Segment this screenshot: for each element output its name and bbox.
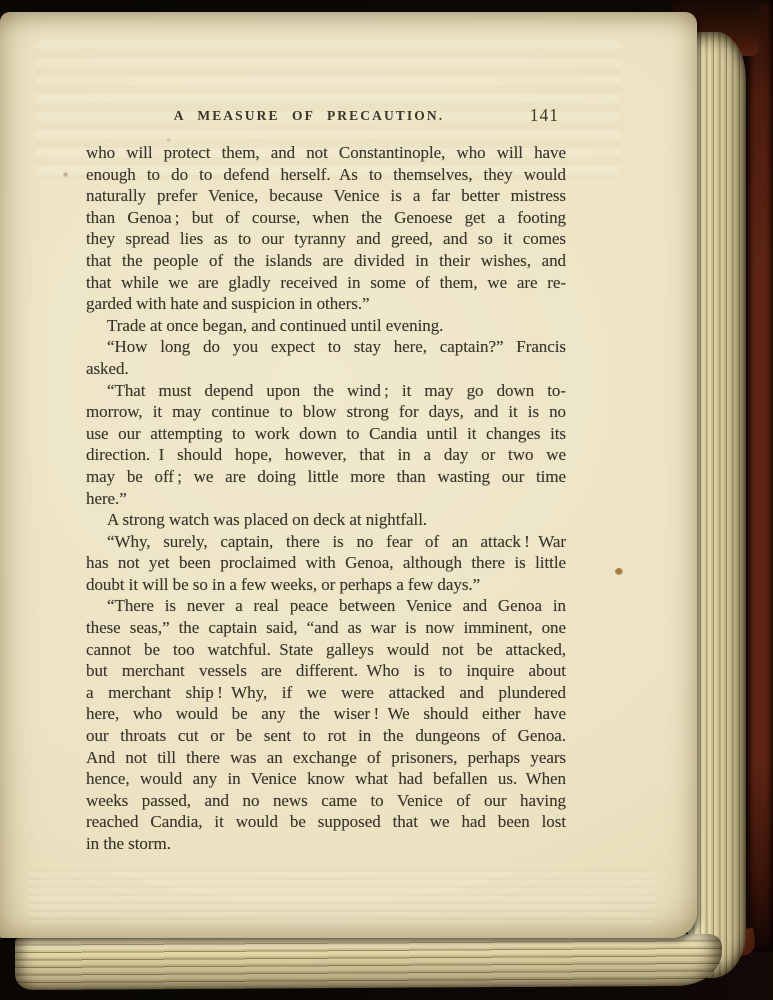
text-line: than Genoa ; but of course, when the Gen… [86, 207, 566, 229]
foxing-spot [63, 172, 68, 177]
paragraph: who will protect them, and not Constanti… [86, 142, 566, 315]
page-edges-bottom [15, 934, 722, 990]
text-line: has not yet been proclaimed with Genoa, … [86, 552, 566, 574]
text-line: And not till there was an exchange of pr… [86, 747, 566, 769]
text-line: enough to do to defend herself. As to th… [86, 164, 566, 186]
paragraph: A strong watch was placed on deck at nig… [86, 509, 566, 531]
paragraph: Trade at once began, and continued until… [86, 315, 566, 337]
text-line: “Why, surely, captain, there is no fear … [86, 531, 566, 553]
book-page: A MEASURE OF PRECAUTION. 141 who will pr… [0, 12, 697, 938]
text-line: who will protect them, and not Constanti… [86, 142, 566, 164]
text-line: our throats cut or be sent to rot in the… [86, 725, 566, 747]
text-line: doubt it will be so in a few weeks, or p… [86, 574, 566, 596]
paragraph: “Why, surely, captain, there is no fear … [86, 531, 566, 596]
text-line: may be off ; we are doing little more th… [86, 466, 566, 488]
paragraph: “That must depend upon the wind ; it may… [86, 380, 566, 510]
paragraph: “There is never a real peace between Ven… [86, 595, 566, 854]
page-number: 141 [530, 105, 559, 126]
text-line: naturally prefer Venice, because Venice … [86, 185, 566, 207]
text-line: in the storm. [86, 833, 566, 855]
book-binding [748, 0, 773, 952]
text-line: they spread lies as to our tyranny and g… [86, 228, 566, 250]
text-line: “That must depend upon the wind ; it may… [86, 380, 566, 402]
text-line: use our attempting to work down to Candi… [86, 423, 566, 445]
text-line: weeks passed, and no news came to Venice… [86, 790, 566, 812]
running-head: A MEASURE OF PRECAUTION. 141 [86, 108, 566, 130]
text-line: “There is never a real peace between Ven… [86, 595, 566, 617]
text-line: reached Candia, it would be supposed tha… [86, 811, 566, 833]
text-line: but merchant vessels are different. Who … [86, 660, 566, 682]
page-text: who will protect them, and not Constanti… [86, 142, 566, 855]
text-line: here, who would be any the wiser ! We sh… [86, 703, 566, 725]
text-line: morrow, it may continue to blow strong f… [86, 401, 566, 423]
chapter-header-title: A MEASURE OF PRECAUTION. [86, 108, 566, 124]
paragraph: “How long do you expect to stay here, ca… [86, 336, 566, 379]
text-line: hence, would any in Venice know what had… [86, 768, 566, 790]
text-line: asked. [86, 358, 566, 380]
text-line: garded with hate and suspicion in others… [86, 293, 566, 315]
text-line: that while we are gladly received in som… [86, 272, 566, 294]
text-line: “How long do you expect to stay here, ca… [86, 336, 566, 358]
text-line: here.” [86, 488, 566, 510]
text-line: a merchant ship ! Why, if we were attack… [86, 682, 566, 704]
text-line: Trade at once began, and continued until… [86, 315, 566, 337]
text-line: direction. I should hope, however, that … [86, 444, 566, 466]
text-line: that the people of the islands are divid… [86, 250, 566, 272]
scanned-book-photo: A MEASURE OF PRECAUTION. 141 who will pr… [0, 0, 773, 1000]
text-line: A strong watch was placed on deck at nig… [86, 509, 566, 531]
text-line: these seas,” the captain said, “and as w… [86, 617, 566, 639]
text-line: cannot be too watchful. State galleys wo… [86, 639, 566, 661]
foxing-spot [615, 568, 623, 575]
